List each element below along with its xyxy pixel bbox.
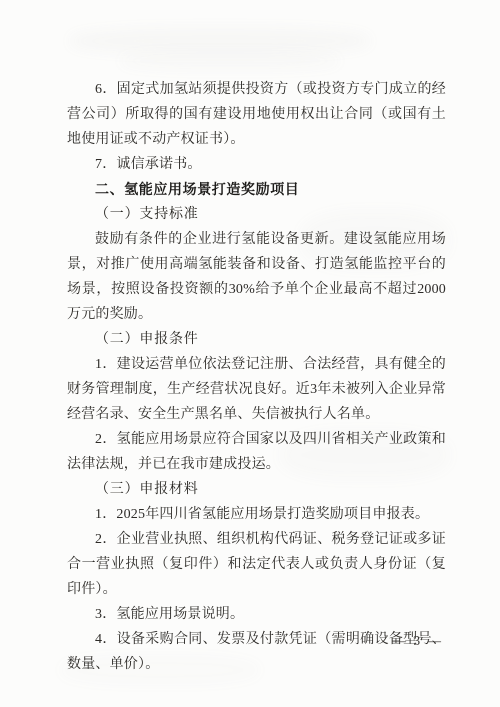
subsection-heading: （一）支持标准 (67, 202, 446, 227)
paragraph: 4．设备采购合同、发票及付款凭证（需明确设备型号、数量、单价）。 (67, 627, 446, 677)
scan-bleedthrough-smudge (120, 52, 340, 70)
paragraph: 鼓励有条件的企业进行氢能设备更新。建设氢能应用场景，对推广使用高端氢能装备和设备… (67, 227, 446, 327)
paragraph: 3．氢能应用场景说明。 (67, 602, 446, 627)
paragraph: 1．建设运营单位依法登记注册、合法经营，具有健全的财务管理制度，生产经营状况良好… (67, 352, 446, 427)
paragraph: 7．诚信承诺书。 (67, 152, 446, 177)
paragraph: 6．固定式加氢站须提供投资方（或投资方专门成立的经营公司）所取得的国有建设用地使… (67, 77, 446, 152)
scanned-document-page: 6．固定式加氢站须提供投资方（或投资方专门成立的经营公司）所取得的国有建设用地使… (0, 0, 500, 707)
subsection-heading: （三）申报材料 (67, 477, 446, 502)
section-heading: 二、氢能应用场景打造奖励项目 (67, 177, 446, 202)
document-body: 6．固定式加氢站须提供投资方（或投资方专门成立的经营公司）所取得的国有建设用地使… (67, 77, 446, 677)
subsection-heading: （二）申报条件 (67, 327, 446, 352)
paragraph: 2．氢能应用场景应符合国家以及四川省相关产业政策和法律法规，并已在我市建成投运。 (67, 427, 446, 477)
page-number: — 3 — (393, 631, 444, 651)
paragraph: 2．企业营业执照、组织机构代码证、税务登记证或多证合一营业执照（复印件）和法定代… (67, 527, 446, 602)
scan-bleedthrough-smudge (70, 28, 370, 54)
paragraph: 1．2025年四川省氢能应用场景打造奖励项目申报表。 (67, 502, 446, 527)
